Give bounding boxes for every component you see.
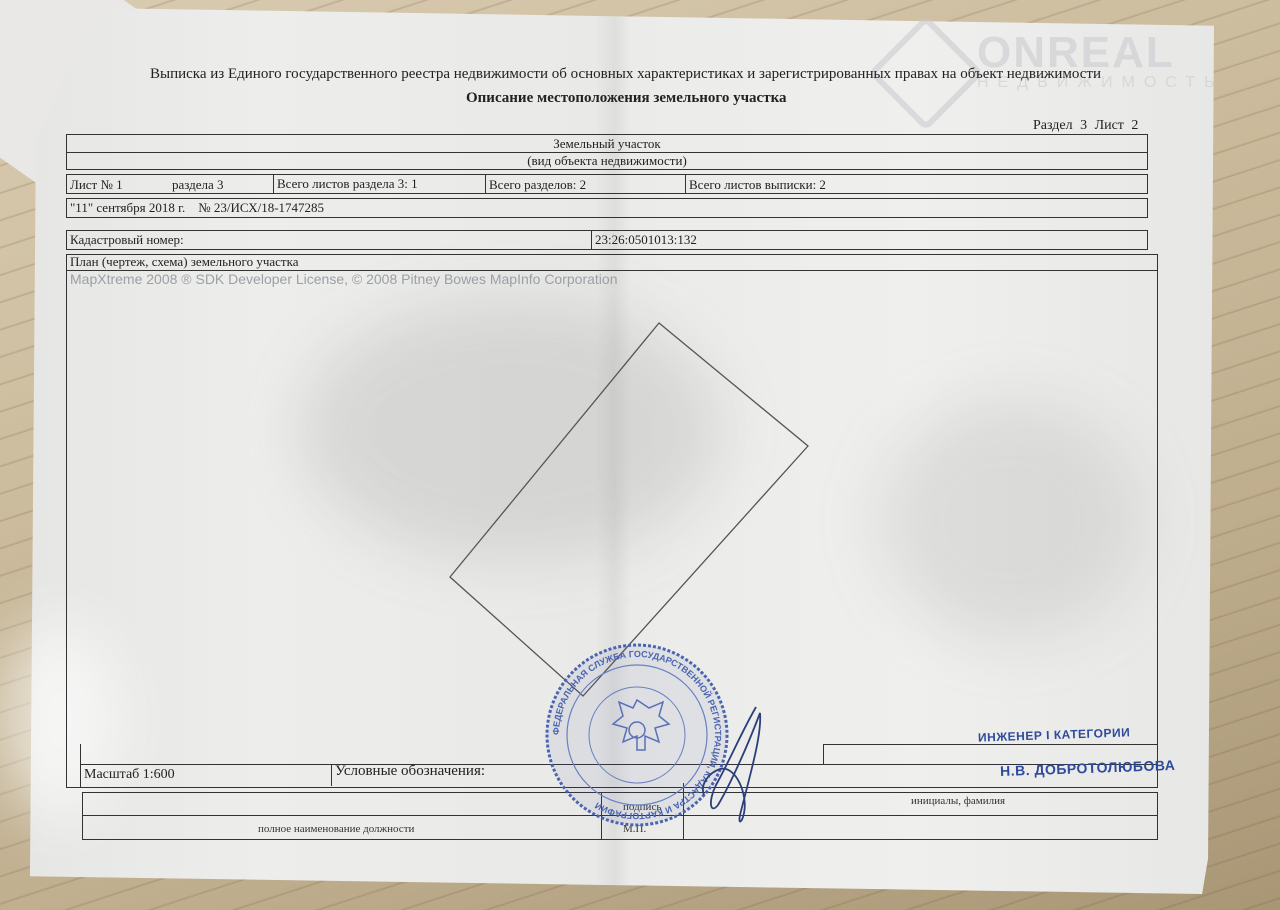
legend-label: Условные обозначения: — [335, 763, 485, 780]
position-caption: полное наименование должности — [258, 823, 414, 835]
scale-label: Масштаб 1:600 — [84, 767, 175, 783]
signature-scribble — [690, 705, 770, 830]
initials-caption: инициалы, фамилия — [911, 795, 1005, 807]
